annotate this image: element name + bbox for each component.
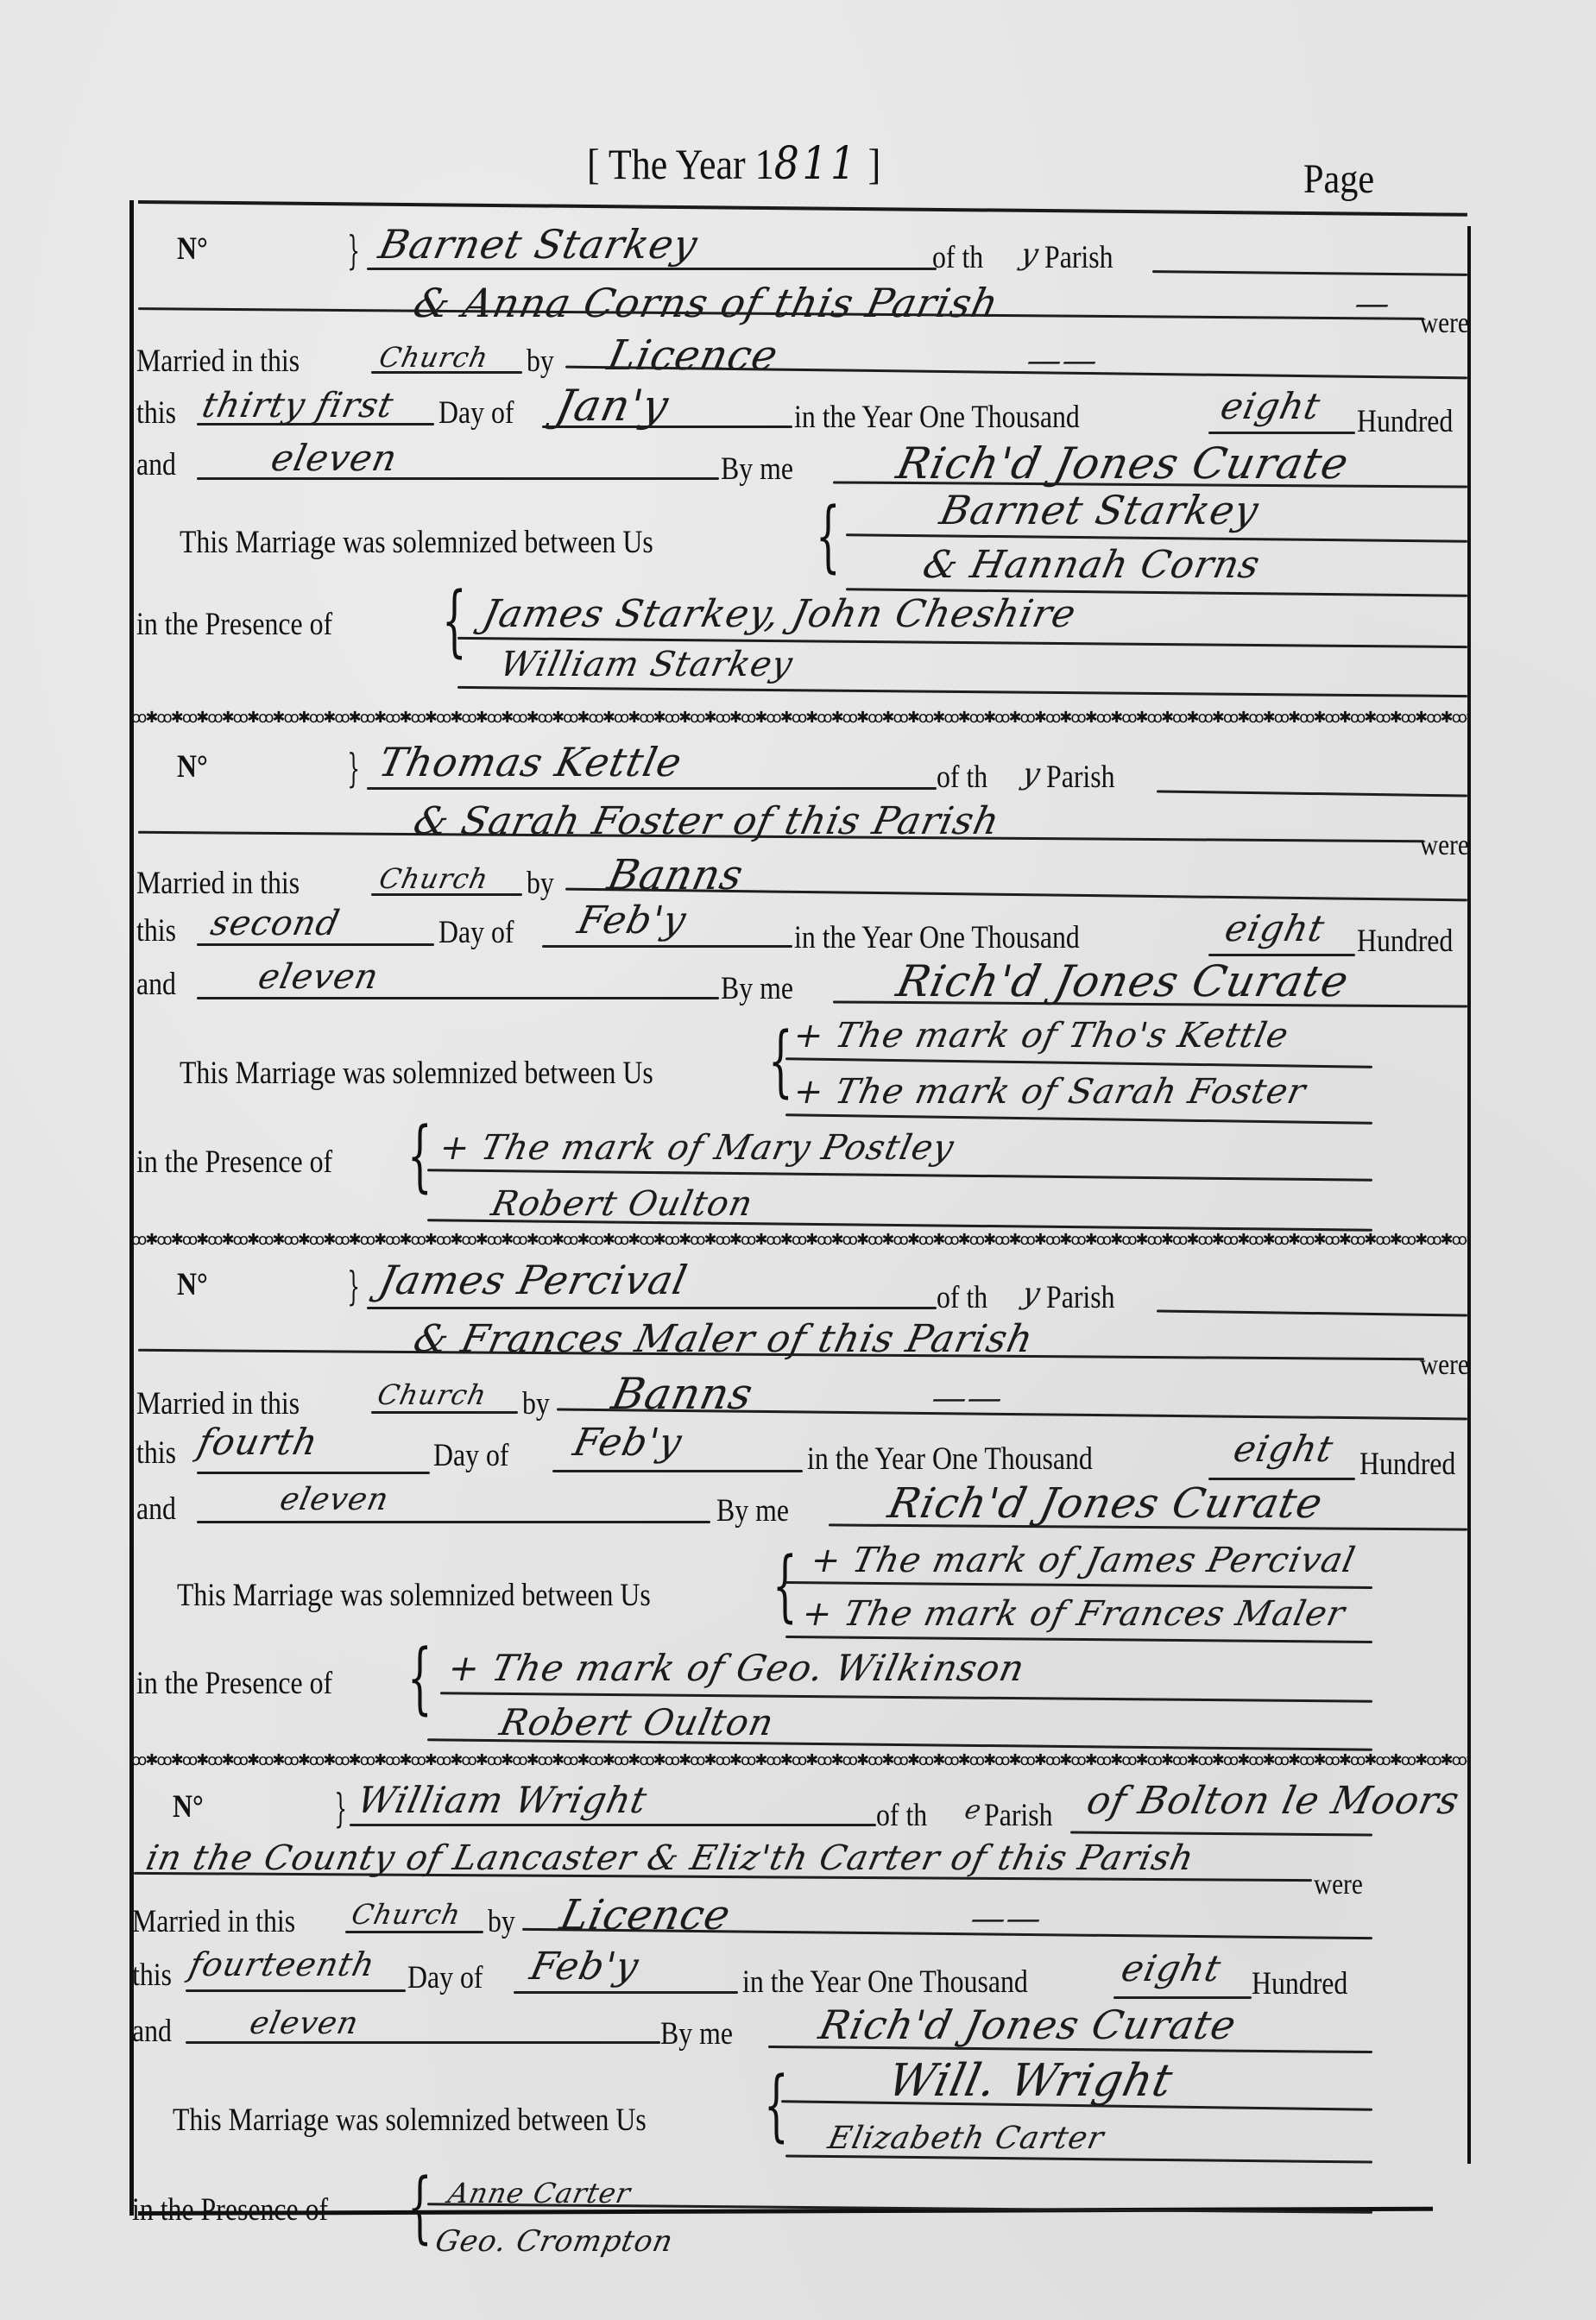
year-handwritten: 811 [774, 138, 859, 190]
day-line [197, 943, 434, 946]
presence-label: in the Presence of [136, 608, 332, 640]
marriage-entry-2: N° } Thomas Kettle of th y Parish & Sara… [129, 734, 1467, 1243]
this-label: this [132, 1959, 172, 1991]
groom-line [367, 268, 937, 270]
and-label: and [132, 2015, 172, 2047]
frame-top-border [138, 200, 1467, 217]
month-value: Jan'y [552, 384, 673, 427]
of-the-label: of th [937, 1282, 987, 1314]
parish-label: Parish [1046, 1282, 1115, 1314]
signature-brace-icon: { [768, 1023, 793, 1100]
day-line [197, 1472, 430, 1474]
hundred-label: Hundred [1252, 1968, 1347, 2000]
officiant-signature: Rich'd Jones Curate [885, 1483, 1327, 1524]
day-of-label: Day of [438, 917, 514, 949]
signature-brace-icon: { [816, 498, 841, 576]
month-line [542, 426, 792, 428]
place-value: Church [377, 865, 491, 892]
spouse-signature-2: + The mark of Sarah Foster [791, 1075, 1309, 1109]
and-label: and [136, 1493, 176, 1525]
witness-brace-icon: { [407, 1640, 432, 1718]
officiant-signature: Rich'd Jones Curate [893, 960, 1353, 1003]
in-the-year-label: in the Year One Thousand [807, 1443, 1093, 1475]
married-in-this-label: Married in this [132, 1906, 295, 1938]
entry-number-label: N° [177, 751, 208, 783]
witness-2: Robert Oulton [489, 1187, 756, 1221]
ornamental-divider: ꝏ✱ꝏ✱ꝏ✱ꝏ✱ꝏ✱ꝏ✱ꝏ✱ꝏ✱ꝏ✱ꝏ✱ꝏ✱ꝏ✱ꝏ✱ꝏ✱ꝏ✱ꝏ✱ꝏ✱ꝏ✱ꝏ✱ꝏ✱… [131, 1232, 1469, 1249]
year-title-prefix: [ The Year 1 [587, 140, 774, 188]
witness-1: + The mark of Mary Postley [437, 1131, 957, 1165]
were-label: were [1420, 831, 1469, 861]
witness-line-2 [427, 1219, 1372, 1231]
marriage-entry-1: N° } Barnet Starkey of th y Parish & Ann… [129, 216, 1467, 725]
month-value: Feb'y [527, 1948, 642, 1986]
brace-icon: } [347, 230, 360, 270]
solemnized-label: This Marriage was solemnized between Us [180, 526, 653, 558]
signature-line-1 [785, 1057, 1372, 1068]
presence-label: in the Presence of [132, 2194, 328, 2226]
entry-number-label: N° [177, 1269, 208, 1301]
spouse-signature-1: + The mark of James Percival [808, 1543, 1359, 1578]
parish-fill: y [1019, 1279, 1043, 1308]
witness-brace-icon: { [407, 2169, 432, 2247]
month-line [514, 1991, 738, 1994]
of-the-label: of th [876, 1800, 927, 1831]
were-label: were [1314, 1870, 1363, 1900]
day-line [186, 1989, 406, 1992]
witness-2: Robert Oulton [497, 1705, 778, 1741]
place-line [371, 371, 522, 374]
day-value: fourteenth [186, 1948, 378, 1981]
in-the-year-label: in the Year One Thousand [794, 922, 1080, 954]
page-header: [ The Year 1811 ] Page [0, 0, 1596, 207]
bride-line: & Anna Corns of this Parish [410, 283, 1002, 323]
ornamental-divider: ꝏ✱ꝏ✱ꝏ✱ꝏ✱ꝏ✱ꝏ✱ꝏ✱ꝏ✱ꝏ✱ꝏ✱ꝏ✱ꝏ✱ꝏ✱ꝏ✱ꝏ✱ꝏ✱ꝏ✱ꝏ✱ꝏ✱ꝏ✱… [131, 709, 1469, 727]
place-value: Church [350, 1901, 464, 1928]
brace-icon: } [347, 1266, 360, 1306]
in-the-year-label: in the Year One Thousand [742, 1966, 1028, 1998]
groom-line [350, 1824, 876, 1826]
place-line [371, 1411, 518, 1414]
signature-line-1 [785, 1581, 1372, 1589]
married-in-this-label: Married in this [136, 867, 300, 899]
spouse-signature-2: Elizabeth Carter [825, 2123, 1107, 2154]
witness-line-2 [457, 686, 1467, 697]
day-of-label: Day of [433, 1440, 508, 1472]
parish-line [1152, 270, 1467, 276]
year-word-value: eleven [268, 440, 401, 476]
this-label: this [136, 915, 176, 947]
married-in-this-label: Married in this [136, 345, 300, 377]
day-value: fourth [195, 1424, 322, 1460]
in-the-year-label: in the Year One Thousand [794, 401, 1080, 433]
parish-fill: e [962, 1798, 984, 1824]
presence-label: in the Presence of [136, 1667, 332, 1699]
month-value: Feb'y [570, 1424, 685, 1462]
bride-line-dash: — [1352, 287, 1395, 321]
hundred-word-line [1208, 432, 1355, 434]
marriage-entry-3: N° } James Percival of th y Parish & Fra… [129, 1251, 1467, 1761]
year-word-line [197, 477, 719, 480]
signature-line-2 [785, 1636, 1372, 1643]
signature-brace-icon: { [764, 2067, 789, 2145]
hundred-label: Hundred [1357, 925, 1453, 957]
year-word-value: eleven [255, 960, 382, 994]
month-line [542, 945, 792, 948]
day-value: second [208, 906, 344, 941]
by-me-label: By me [721, 973, 793, 1005]
frame-right-border [1467, 226, 1471, 2164]
presence-label: in the Presence of [136, 1146, 332, 1178]
solemnized-label: This Marriage was solemnized between Us [173, 2104, 647, 2136]
solemnized-label: This Marriage was solemnized between Us [177, 1579, 651, 1611]
entry-number-label: N° [173, 1791, 204, 1823]
witness-2: William Starkey [497, 647, 797, 682]
by-me-label: By me [716, 1495, 789, 1527]
entry-number-label: N° [177, 233, 208, 265]
spouse-signature-1: Barnet Starkey [937, 490, 1262, 530]
and-label: and [136, 449, 176, 481]
spouse-signature-1: + The mark of Tho's Kettle [791, 1018, 1292, 1053]
hundred-label: Hundred [1357, 406, 1453, 438]
witness-line-1 [427, 1169, 1372, 1181]
by-label: by [488, 1906, 515, 1938]
witness-2: Geo. Crompton [432, 2227, 676, 2256]
hundred-label: Hundred [1359, 1448, 1455, 1480]
hundred-word-value: eight [1231, 1431, 1337, 1467]
witness-line-2 [427, 1738, 1372, 1750]
parish-line [1157, 1309, 1467, 1316]
signature-line-2 [785, 1113, 1372, 1124]
groom-name: James Percival [375, 1260, 691, 1300]
witness-1: James Starkey, John Cheshire [479, 596, 1079, 634]
parish-label: Parish [1044, 242, 1113, 274]
by-label: by [522, 1388, 550, 1420]
this-label: this [136, 397, 176, 429]
day-value: thirty first [199, 388, 397, 423]
officiant-signature: Rich'd Jones Curate [816, 2005, 1240, 2045]
method-dash: —— [968, 1901, 1046, 1936]
groom-name: Thomas Kettle [375, 742, 685, 782]
signature-line-1 [846, 533, 1467, 543]
signature-brace-icon: { [773, 1548, 798, 1625]
hundred-word-line [1113, 1996, 1252, 1999]
day-of-label: Day of [407, 1962, 483, 1994]
hundred-word-value: eight [1119, 1951, 1225, 1987]
groom-line [367, 1307, 937, 1309]
groom-name: William Wright [355, 1782, 651, 1819]
method-dash: —— [929, 1381, 1007, 1415]
parish-label: Parish [984, 1800, 1053, 1831]
spouse-signature-2: + The mark of Frances Maler [799, 1597, 1348, 1631]
of-the-label: of th [937, 761, 987, 793]
parish-line [1157, 790, 1467, 797]
bride-line: in the County of Lancaster & Eliz'th Car… [143, 1841, 1197, 1876]
marriage-entry-4: N° } William Wright of th e Parish of Bo… [129, 1765, 1467, 2274]
by-label: by [527, 345, 554, 377]
witness-1: + The mark of Geo. Wilkinson [445, 1650, 1028, 1686]
day-of-label: Day of [438, 397, 514, 429]
of-the-label: of th [932, 242, 983, 274]
groom-line [367, 787, 937, 790]
officiant-signature: Rich'd Jones Curate [893, 442, 1353, 485]
this-label: this [136, 1437, 176, 1469]
brace-icon: } [334, 1788, 347, 1828]
day-line [197, 423, 434, 426]
hundred-word-value: eight [1222, 911, 1328, 947]
spouse-signature-1: Will. Wright [884, 2058, 1176, 2103]
parish-extra-value: of Bolton le Moors [1083, 1782, 1462, 1820]
were-label: were [1420, 1351, 1469, 1380]
spouse-signature-2: & Hannah Corns [919, 546, 1263, 584]
by-me-label: By me [660, 2018, 733, 2050]
month-value: Feb'y [574, 902, 690, 940]
year-word-line [197, 1521, 710, 1523]
page-label: Page [1303, 155, 1374, 203]
and-label: and [136, 968, 176, 1000]
hundred-word-value: eight [1218, 388, 1324, 425]
month-line [552, 1470, 803, 1472]
witness-brace-icon: { [407, 1118, 432, 1195]
place-line [345, 1931, 483, 1933]
year-title-suffix: ] [868, 140, 881, 188]
by-label: by [527, 867, 554, 899]
by-me-label: By me [721, 453, 793, 485]
parish-label: Parish [1046, 761, 1115, 793]
parish-fill: y [1019, 760, 1043, 789]
married-in-this-label: Married in this [136, 1388, 300, 1420]
register-year-title: [ The Year 1811 ] [587, 138, 880, 190]
parish-fill: y [1018, 240, 1041, 269]
year-word-line [186, 2041, 660, 2044]
place-value: Church [375, 1381, 489, 1409]
year-word-value: eleven [247, 2008, 362, 2039]
groom-name: Barnet Starkey [375, 224, 701, 264]
brace-icon: } [347, 748, 360, 788]
place-value: Church [377, 344, 491, 371]
year-word-line [197, 997, 719, 999]
parish-line [1070, 1831, 1372, 1836]
solemnized-label: This Marriage was solemnized between Us [180, 1057, 653, 1089]
place-line [371, 893, 522, 896]
year-word-value: eleven [277, 1485, 392, 1516]
witness-brace-icon: { [442, 583, 467, 660]
were-label: were [1420, 309, 1469, 338]
